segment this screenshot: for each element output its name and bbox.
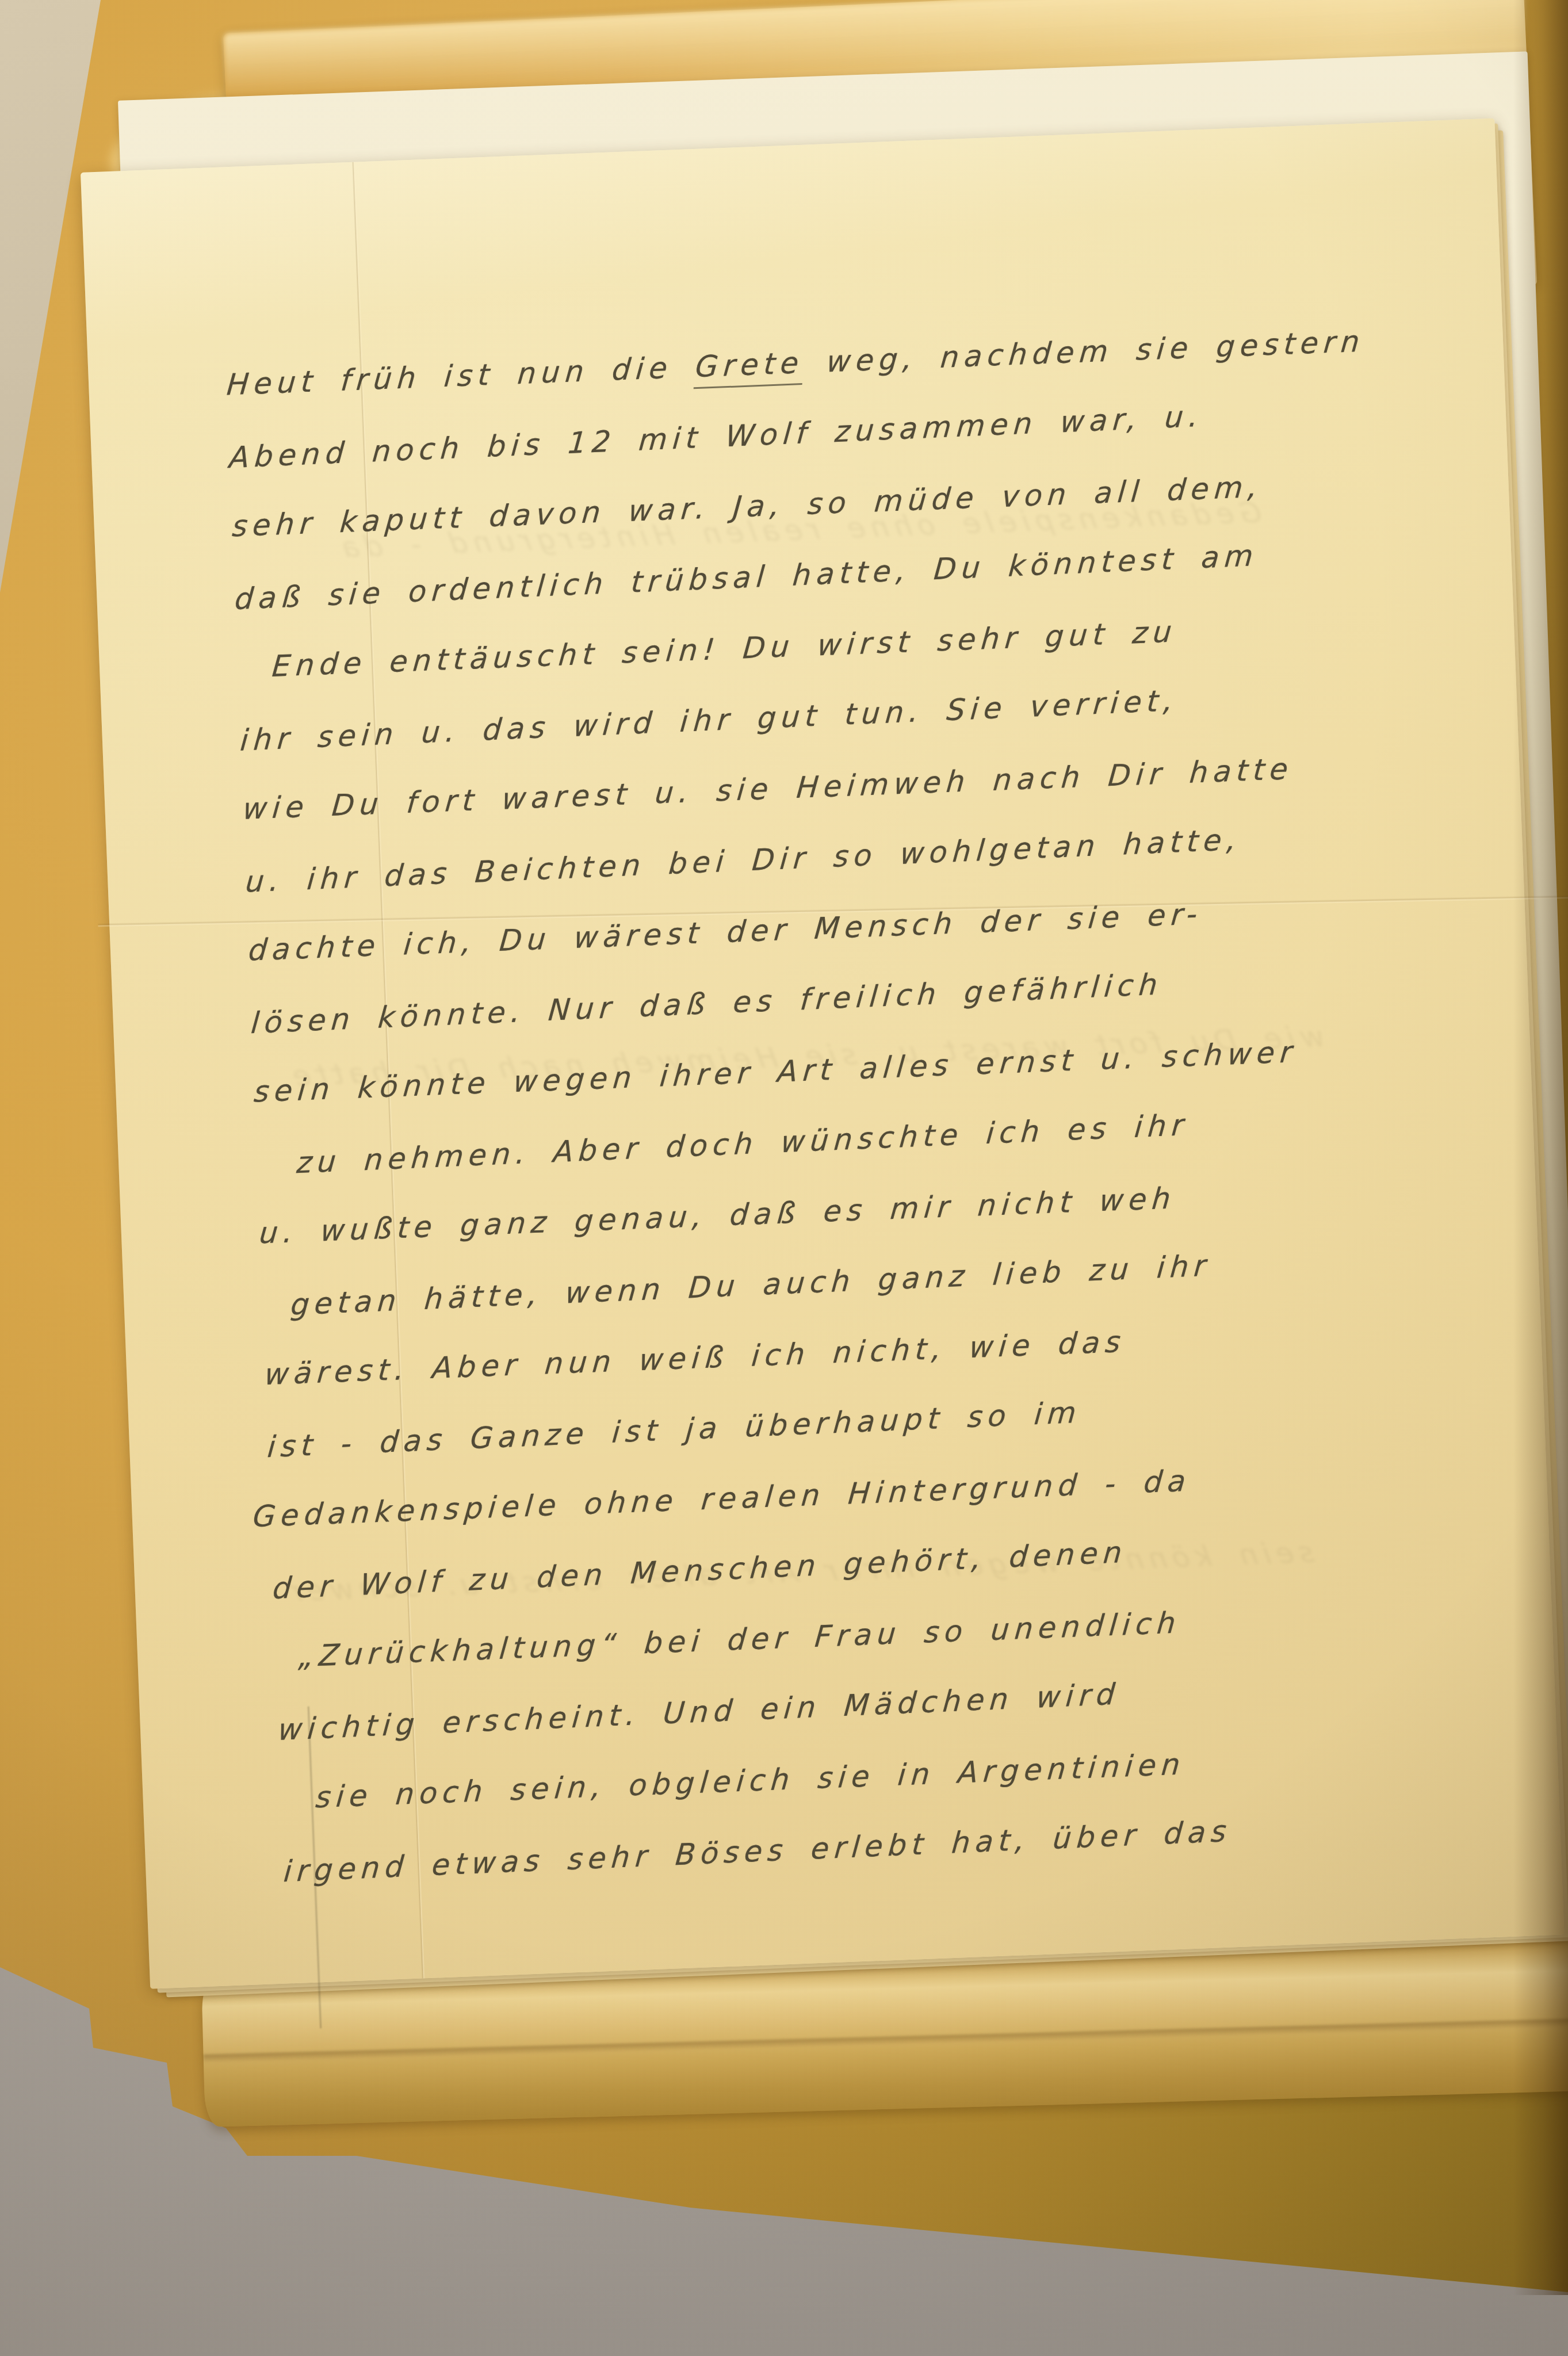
handwriting-line: dachte ich, Du wärest der Mensch der sie… <box>247 897 1204 968</box>
handwriting-line: zu nehmen. Aber doch wünschte ich es ihr <box>296 1108 1190 1181</box>
handwriting-line: „Zurückhaltung“ bei der Frau so unendlic… <box>297 1606 1182 1674</box>
handwriting-line: ist - das Ganze ist ja überhaupt so im <box>266 1396 1083 1465</box>
handwriting-line: u. ihr das Beichten bei Dir so wohlgetan… <box>244 823 1243 900</box>
handwriting-line: u. wußte ganz genau, daß es mir nicht we… <box>258 1181 1177 1250</box>
handwriting-line: getan hätte, wenn Du auch ganz lieb zu i… <box>289 1249 1213 1322</box>
handwriting-line: wichtig erscheint. Und ein Mädchen wird <box>277 1677 1121 1747</box>
handwriting-line: ihr sein u. das wird ihr gut tun. Sie ve… <box>239 684 1179 758</box>
handwriting-line: Abend noch bis 12 mit Wolf zusammen war,… <box>228 400 1204 476</box>
grete-underline: Grete <box>694 346 805 389</box>
handwriting-line: wie Du fort warest u. sie Heimweh nach D… <box>242 752 1294 827</box>
handwriting-segment: weg, nachdem sie gestern <box>802 324 1366 380</box>
right-edge-shadow <box>1513 0 1568 2295</box>
handwriting-line: wärest. Aber nun weiß ich nicht, wie das <box>263 1325 1127 1393</box>
handwritten-letter-page: wie Du fort warest u. sie Heimweh nach D… <box>81 118 1564 1989</box>
handwriting-line: irgend etwas sehr Böses erlebt hat, über… <box>282 1815 1233 1890</box>
archive-photo-scene: weißt Duxwohl richtig, mit welcher Freud… <box>0 0 1568 2356</box>
handwriting-line: sie noch sein, obgleich sie in Argentini… <box>314 1747 1187 1815</box>
handwriting-line: lösen könnte. Nur daß es freilich gefähr… <box>250 967 1164 1041</box>
handwriting-line: Ende enttäuscht sein! Du wirst sehr gut … <box>271 615 1179 684</box>
handwriting-line: Heut früh ist nun die Grete weg, nachdem… <box>225 324 1366 402</box>
handwriting-segment: Heut früh ist nun die <box>225 350 697 403</box>
handwriting-line: Gedankenspiele ohne realen Hintergrund -… <box>251 1464 1192 1534</box>
handwriting-line: der Wolf zu den Menschen gehört, denen <box>271 1536 1129 1607</box>
